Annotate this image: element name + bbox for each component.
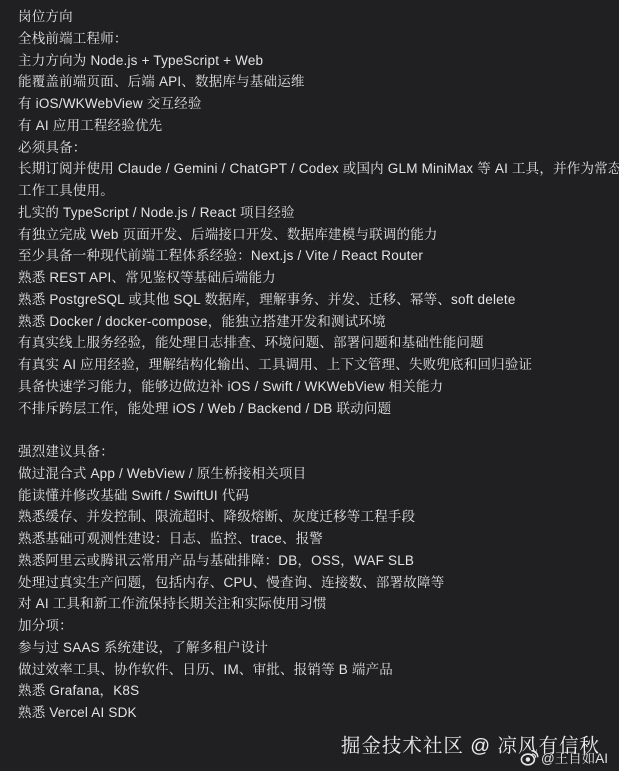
watermark-weibo-handle: @王自如AI (541, 747, 608, 767)
job-description-text: 岗位方向全栈前端工程师：主力方向为 Node.js + TypeScript +… (18, 6, 609, 724)
text-line: 加分项： (18, 615, 609, 637)
text-line: 能读懂并修改基础 Swift / SwiftUI 代码 (18, 485, 609, 507)
watermark-weibo: @王自如AI (520, 747, 608, 767)
text-line: 熟悉缓存、并发控制、限流超时、降级熔断、灰度迁移等工程手段 (18, 506, 609, 528)
text-line: 长期订阅并使用 Claude / Gemini / ChatGPT / Code… (18, 158, 609, 180)
text-line: 熟悉 Grafana，K8S (18, 680, 609, 702)
text-line: 全栈前端工程师： (18, 28, 609, 50)
text-line: 具备快速学习能力，能够边做边补 iOS / Swift / WKWebView … (18, 376, 609, 398)
text-line: 有独立完成 Web 页面开发、后端接口开发、数据库建模与联调的能力 (18, 224, 609, 246)
text-line: 有 AI 应用工程经验优先 (18, 115, 609, 137)
text-line: 至少具备一种现代前端工程体系经验：Next.js / Vite / React … (18, 245, 609, 267)
text-line: 不排斥跨层工作，能处理 iOS / Web / Backend / DB 联动问… (18, 398, 609, 420)
text-line: 能覆盖前端页面、后端 API、数据库与基础运维 (18, 71, 609, 93)
text-line: 有 iOS/WKWebView 交互经验 (18, 93, 609, 115)
text-line: 熟悉 REST API、常见鉴权等基础后端能力 (18, 267, 609, 289)
text-line: 强烈建议具备： (18, 441, 609, 463)
text-line: 必须具备： (18, 137, 609, 159)
weibo-icon (520, 748, 539, 767)
text-line: 有真实 AI 应用经验，理解结构化输出、工具调用、上下文管理、失败兜底和回归验证 (18, 354, 609, 376)
text-line: 熟悉 Docker / docker-compose，能独立搭建开发和测试环境 (18, 311, 609, 333)
text-line (18, 419, 609, 441)
text-line: 熟悉基础可观测性建设：日志、监控、trace、报警 (18, 528, 609, 550)
text-line: 主力方向为 Node.js + TypeScript + Web (18, 50, 609, 72)
text-line: 做过混合式 App / WebView / 原生桥接相关项目 (18, 463, 609, 485)
text-line: 熟悉阿里云或腾讯云常用产品与基础排障：DB，OSS，WAF SLB (18, 550, 609, 572)
text-line: 扎实的 TypeScript / Node.js / React 项目经验 (18, 202, 609, 224)
text-line: 处理过真实生产问题，包括内存、CPU、慢查询、连接数、部署故障等 (18, 572, 609, 594)
screenshot-background: 岗位方向全栈前端工程师：主力方向为 Node.js + TypeScript +… (0, 0, 619, 771)
text-line: 有真实线上服务经验，能处理日志排查、环境问题、部署问题和基础性能问题 (18, 332, 609, 354)
text-line: 工作工具使用。 (18, 180, 609, 202)
text-line: 岗位方向 (18, 6, 609, 28)
text-line: 熟悉 PostgreSQL 或其他 SQL 数据库，理解事务、并发、迁移、幂等、… (18, 289, 609, 311)
text-line: 做过效率工具、协作软件、日历、IM、审批、报销等 B 端产品 (18, 659, 609, 681)
text-line: 熟悉 Vercel AI SDK (18, 702, 609, 724)
text-line: 参与过 SAAS 系统建设，了解多租户设计 (18, 637, 609, 659)
text-line: 对 AI 工具和新工作流保持长期关注和实际使用习惯 (18, 593, 609, 615)
